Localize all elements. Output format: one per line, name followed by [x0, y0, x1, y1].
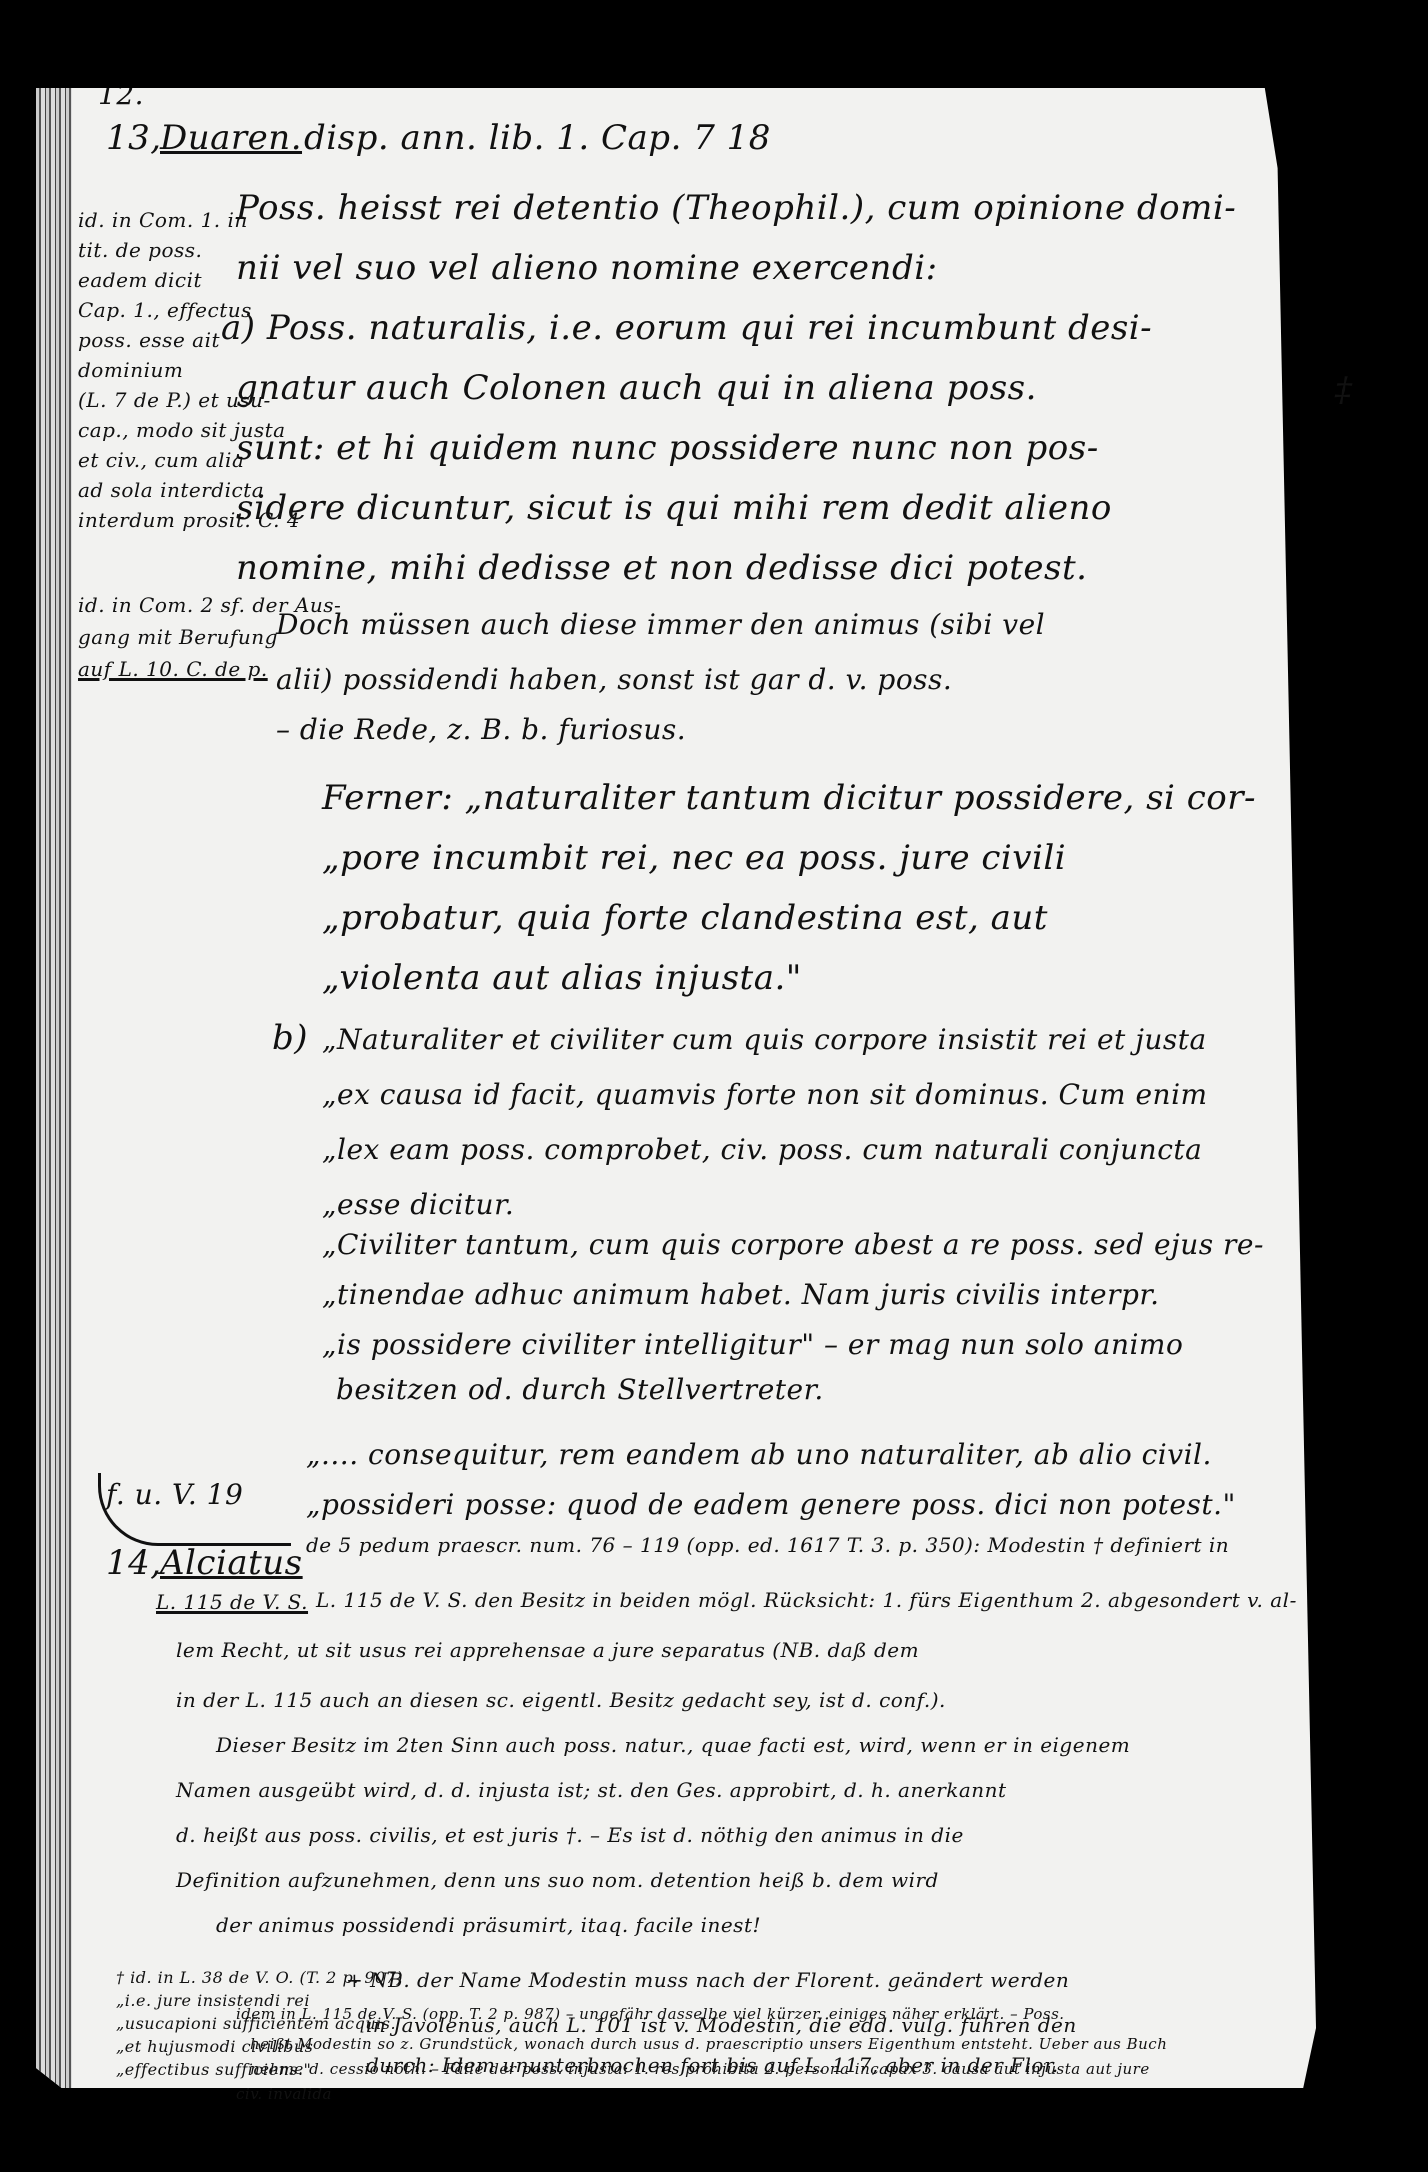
- manuscript-page: 12. 13, Duaren. disp. ann. lib. 1. Cap. …: [36, 88, 1316, 2088]
- text-line: der animus possidendi präsumirt, itaq. f…: [216, 1913, 761, 1937]
- text-line: „.... consequitur, rem eandem ab uno nat…: [306, 1438, 1212, 1471]
- margin-line: id. in Com. 2 sf. der Aus-: [78, 593, 278, 617]
- text-line: „lex eam poss. comprobet, civ. poss. cum…: [322, 1133, 1202, 1166]
- text-line: „is possidere civiliter intelligitur" – …: [322, 1328, 1183, 1361]
- text-line: de 5 pedum praescr. num. 76 – 119 (opp. …: [306, 1533, 1229, 1557]
- text-line: ist L. 111 (–117) von Javol.: [396, 2093, 680, 2117]
- margin-line: dominium: [78, 358, 238, 382]
- margin-line: auf L. 10. C. de p.: [78, 657, 278, 681]
- text-line: nehme d. cessio nöth. – Fälle der poss. …: [250, 2060, 1150, 2078]
- text-line: nii vel suo vel alieno nomine exercendi:: [236, 248, 938, 288]
- text-line: sidere dicuntur, sicut is qui mihi rem d…: [236, 488, 1112, 528]
- text-line: in der L. 115 auch an diesen sc. eigentl…: [176, 1688, 946, 1712]
- text-line: Namen ausgeübt wird, d. d. injusta ist; …: [176, 1778, 1007, 1802]
- bracket-line: [98, 1473, 291, 1546]
- text-line: civ. invalida: [236, 2085, 332, 2103]
- text-line: „violenta aut alias injusta.": [322, 958, 802, 998]
- text-line: L. 115 de V. S. den Besitz in beiden mög…: [316, 1588, 1297, 1612]
- margin-line: Cap. 1., effectus: [78, 298, 238, 322]
- margin-line: cap., modo sit justa: [78, 418, 238, 442]
- text-line: Dieser Besitz im 2ten Sinn auch poss. na…: [216, 1733, 1130, 1757]
- entry-13-citation: disp. ann. lib. 1. Cap. 7 18: [304, 118, 771, 158]
- text-line: Poss. heisst rei detentio (Theophil.), c…: [236, 188, 1236, 228]
- text-line: nomine, mihi dedisse et non dedisse dici…: [236, 548, 1087, 588]
- margin-line: gang mit Berufung: [78, 625, 278, 649]
- margin-line: ad sola interdicta: [78, 478, 238, 502]
- right-margin-mark: ‡: [1335, 370, 1353, 410]
- text-line: „pore incumbit rei, nec ea poss. jure ci…: [322, 838, 1066, 878]
- margin-note-4: L. 115 de V. S.: [156, 1590, 308, 1614]
- margin-line: poss. esse ait: [78, 328, 238, 352]
- margin-line: eadem dicit: [78, 268, 238, 292]
- text-line: „Naturaliter et civiliter cum quis corpo…: [322, 1023, 1207, 1056]
- text-line: „tinendae adhuc animum habet. Nam juris …: [322, 1278, 1160, 1311]
- margin-line: tit. de poss.: [78, 238, 238, 262]
- margin-line: et civ., cum alia: [78, 448, 238, 472]
- entry-13-author: Duaren.: [160, 118, 302, 158]
- section-b-label: b): [272, 1018, 308, 1058]
- entry-14-number: 14,: [106, 1543, 162, 1583]
- text-line: Ferner: „naturaliter tantum dicitur poss…: [322, 778, 1256, 818]
- text-line: lem Recht, ut sit usus rei apprehensae a…: [176, 1638, 919, 1662]
- text-line: idem in L. 115 de V. S. (opp. T. 2 p. 98…: [236, 2005, 1065, 2023]
- folio-number: 12.: [98, 78, 144, 111]
- text-line: d. heißt aus poss. civilis, et est juris…: [176, 1823, 964, 1847]
- margin-line: † id. in L. 38 de V. O. (T. 2 p. 907): [116, 1968, 346, 1987]
- text-line: alii) possidendi haben, sonst ist gar d.…: [276, 663, 952, 696]
- text-line: „probatur, quia forte clandestina est, a…: [322, 898, 1048, 938]
- margin-note-1: id. in Com. 1. in tit. de poss. eadem di…: [78, 208, 238, 472]
- text-line: „possideri posse: quod de eadem genere p…: [306, 1488, 1236, 1521]
- text-line: „esse dicitur.: [322, 1188, 514, 1221]
- text-line: Definition aufzunehmen, denn uns suo nom…: [176, 1868, 939, 1892]
- entry-14-author: Alciatus: [160, 1543, 303, 1583]
- text-line: besitzen od. durch Stellvertreter.: [336, 1373, 824, 1406]
- text-line: – die Rede, z. B. b. furiosus.: [276, 713, 686, 746]
- text-line: a) Poss. naturalis, i.e. eorum qui rei i…: [221, 308, 1152, 348]
- text-line: „ex causa id facit, quamvis forte non si…: [322, 1078, 1208, 1111]
- margin-line: interdum prosit. C. 4: [78, 508, 238, 532]
- text-line: heißt Modestin so z. Grundstück, wonach …: [250, 2035, 1167, 2053]
- text-line: Doch müssen auch diese immer den animus …: [276, 608, 1045, 641]
- book-binding-edge: [36, 88, 72, 2088]
- entry-13-number: 13,: [106, 118, 162, 158]
- text-line: gnatur auch Colonen auch qui in aliena p…: [236, 368, 1037, 408]
- margin-line: (L. 7 de P.) et usu-: [78, 388, 238, 412]
- margin-note-2: id. in Com. 2 sf. der Aus- gang mit Beru…: [78, 593, 278, 665]
- margin-line: id. in Com. 1. in: [78, 208, 238, 232]
- text-line: sunt: et hi quidem nunc possidere nunc n…: [236, 428, 1099, 468]
- text-line: + NB. der Name Modestin muss nach der Fl…: [346, 1968, 1069, 1992]
- text-line: „Civiliter tantum, cum quis corpore abes…: [322, 1228, 1264, 1261]
